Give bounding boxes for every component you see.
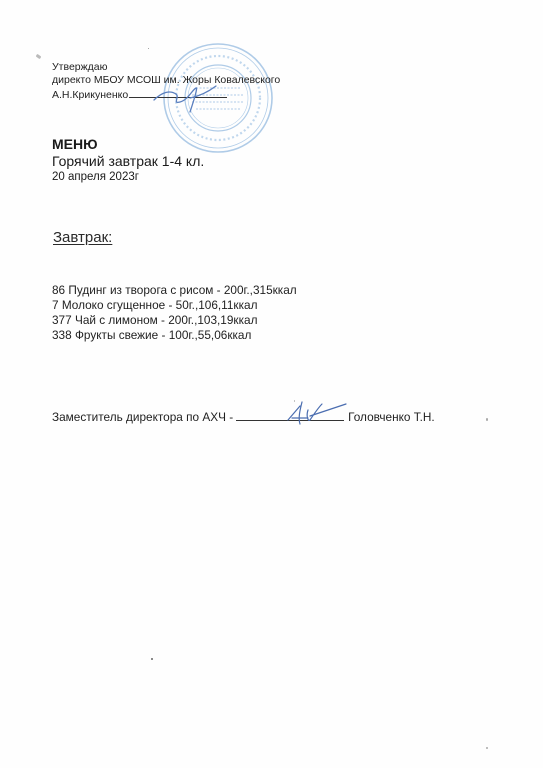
approval-position: директо МБОУ МСОШ им. Жоры Ковалевского — [52, 74, 280, 87]
scan-speck — [486, 418, 488, 421]
menu-subtitle: Горячий завтрак 1-4 кл. — [52, 153, 204, 169]
approval-director-name: А.Н.Крикуненко — [52, 89, 128, 101]
section-title-breakfast: Завтрак: — [53, 229, 112, 246]
menu-item: 7 Молоко сгущенное - 50г.,106,11ккал — [52, 298, 297, 313]
director-signature-line — [129, 87, 227, 98]
scan-speck — [294, 400, 295, 402]
menu-date: 20 апреля 2023г — [52, 171, 139, 183]
menu-items-list: 86 Пудинг из творога с рисом - 200г.,315… — [52, 283, 297, 343]
menu-item: 338 Фрукты свежие - 100г.,55,06ккал — [52, 328, 297, 343]
menu-item: 86 Пудинг из творога с рисом - 200г.,315… — [52, 283, 297, 298]
scan-speck — [36, 54, 42, 59]
deputy-signature-line — [236, 409, 344, 421]
menu-title: МЕНЮ — [52, 136, 98, 152]
deputy-signature-row: Заместитель директора по АХЧ -Головченко… — [52, 409, 435, 424]
deputy-name: Головченко Т.Н. — [348, 410, 435, 424]
scan-speck — [486, 747, 488, 749]
approval-director-row: А.Н.Крикуненко — [52, 87, 227, 102]
menu-item: 377 Чай с лимоном - 200г.,103,19ккал — [52, 313, 297, 328]
scan-speck — [151, 658, 153, 660]
scan-speck — [148, 48, 149, 49]
approval-heading: Утверждаю — [52, 61, 107, 74]
deputy-position: Заместитель директора по АХЧ - — [52, 410, 233, 424]
document-page: Утверждаю директо МБОУ МСОШ им. Жоры Ков… — [0, 0, 543, 768]
